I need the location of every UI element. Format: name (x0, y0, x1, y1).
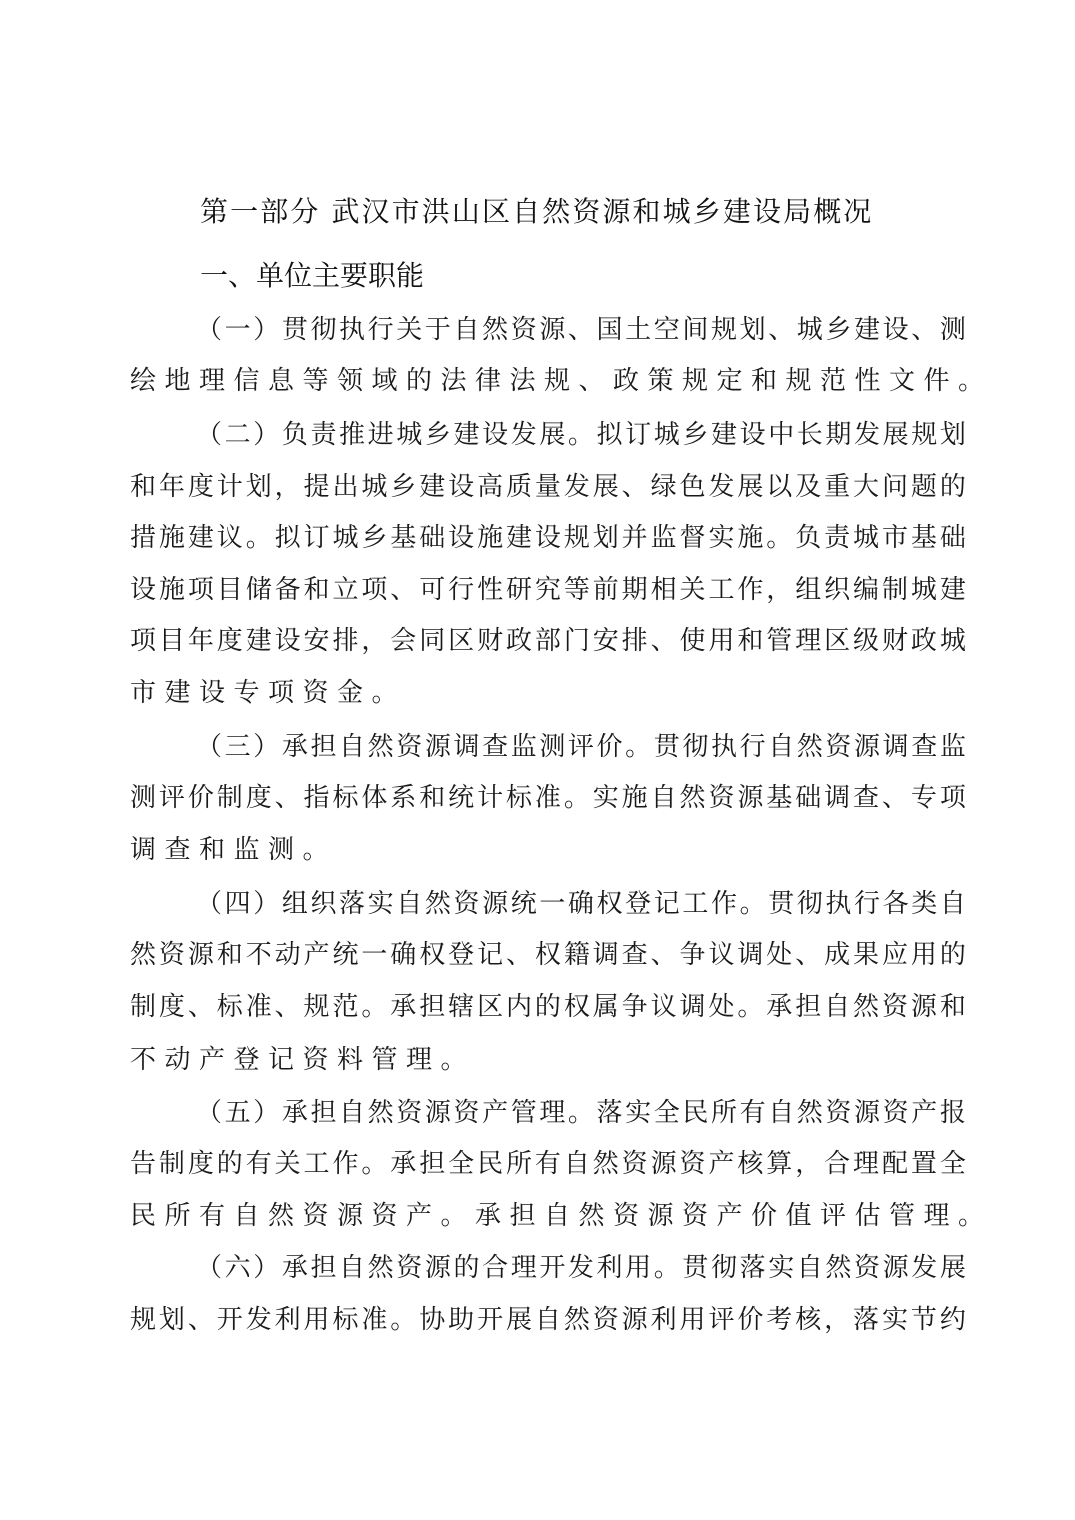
glyph: 自 (768, 727, 794, 767)
document-page: 第一部分 武汉市洪山区自然资源和城乡建设局概况 一、单位主要职能 （一）贯彻执行… (0, 0, 1075, 1520)
glyph: 设 (448, 467, 474, 507)
glyph: 资 (883, 1093, 909, 1133)
glyph: 城 (663, 190, 692, 234)
glyph: 产 (911, 1093, 937, 1133)
glyph: 自 (768, 1093, 794, 1133)
glyph: ） (253, 415, 279, 455)
glyph: 、 (390, 570, 416, 610)
glyph: ， (824, 1300, 850, 1340)
glyph: 础 (419, 518, 445, 558)
glyph: 测 (940, 310, 966, 350)
glyph: 作 (332, 1144, 358, 1184)
glyph: 提 (304, 467, 330, 507)
glyph: 查 (853, 778, 879, 818)
glyph: 标 (506, 778, 532, 818)
glyph: 应 (882, 935, 908, 975)
glyph: 的 (535, 987, 561, 1027)
glyph: 源 (425, 1248, 451, 1288)
glyph: 展 (883, 415, 909, 455)
glyph: 和 (737, 621, 763, 661)
glyph: 推 (339, 415, 365, 455)
glyph: 组 (795, 570, 821, 610)
glyph: 处 (766, 935, 792, 975)
glyph: （ (196, 1093, 222, 1133)
glyph: 组 (282, 884, 308, 924)
glyph: 级 (853, 621, 879, 661)
glyph: 度 (217, 621, 243, 661)
glyph: 源 (425, 1093, 451, 1133)
glyph: 算 (766, 1144, 792, 1184)
glyph: 执 (825, 884, 851, 924)
glyph: 资 (825, 727, 851, 767)
glyph: 权 (597, 884, 623, 924)
glyph: 指 (304, 778, 330, 818)
glyph: 。 (246, 518, 272, 558)
glyph: 划 (740, 310, 766, 350)
glyph: ， (795, 1144, 821, 1184)
glyph: 动 (275, 935, 301, 975)
glyph: 财 (477, 621, 503, 661)
glyph: 开 (539, 1248, 565, 1288)
glyph: 工 (708, 570, 734, 610)
glyph: 民 (477, 1144, 503, 1184)
glyph: 展 (506, 1300, 532, 1340)
glyph: 类 (911, 884, 937, 924)
glyph: 资 (453, 1093, 479, 1133)
paragraph-5-line-3: 民所有自然资源资产。承担自然资源资产价值评估管理。 (130, 1196, 966, 1236)
glyph: 行 (740, 727, 766, 767)
glyph: 辖 (448, 987, 474, 1027)
glyph: 、 (275, 987, 301, 1027)
glyph: 彻 (682, 727, 708, 767)
glyph: 三 (225, 727, 251, 767)
glyph: 基 (766, 778, 792, 818)
glyph: 拟 (597, 415, 623, 455)
glyph: 。 (390, 1300, 416, 1340)
glyph: ） (253, 884, 279, 924)
glyph: 理 (539, 1093, 565, 1133)
glyph: 配 (882, 1144, 908, 1184)
glyph: 一 (230, 190, 259, 234)
glyph: 开 (217, 1300, 243, 1340)
glyph: 系 (390, 778, 416, 818)
glyph: 然 (542, 190, 571, 234)
glyph: 。 (740, 884, 766, 924)
glyph: 内 (506, 987, 532, 1027)
glyph: 自 (339, 727, 365, 767)
glyph: 、 (622, 467, 648, 507)
glyph: 分 (290, 190, 319, 234)
paragraph-6-line-1: （六）承担自然资源的合理开发利用。贯彻落实自然资源发展 (196, 1248, 966, 1288)
glyph: 自 (940, 884, 966, 924)
glyph: 报 (940, 1093, 966, 1133)
glyph: 专 (911, 778, 937, 818)
paragraph-2-line-6: 市建设专项资金。 (130, 673, 966, 713)
glyph: 订 (304, 518, 330, 558)
glyph: 作 (711, 884, 737, 924)
glyph: 一 (225, 310, 251, 350)
glyph: 资 (453, 884, 479, 924)
glyph: 查 (622, 935, 648, 975)
glyph: 评 (708, 1300, 734, 1340)
glyph: 城 (332, 518, 358, 558)
glyph: 的 (940, 467, 966, 507)
glyph: 调 (824, 778, 850, 818)
glyph: ， (275, 467, 301, 507)
glyph: 质 (506, 467, 532, 507)
glyph: 门 (564, 621, 590, 661)
glyph: 督 (680, 518, 706, 558)
glyph: 实 (708, 518, 734, 558)
glyph: 自 (824, 987, 850, 1027)
glyph: 进 (368, 415, 394, 455)
glyph: 、 (188, 1300, 214, 1340)
glyph: 关 (680, 570, 706, 610)
glyph: 规 (130, 1300, 156, 1340)
glyph: 然 (853, 987, 879, 1027)
glyph: 制 (130, 987, 156, 1027)
glyph: 展 (737, 467, 763, 507)
glyph: 属 (593, 987, 619, 1027)
glyph: 调 (680, 987, 706, 1027)
glyph: 及 (795, 467, 821, 507)
glyph: 准 (535, 778, 561, 818)
glyph: 自 (564, 1144, 590, 1184)
glyph: 价 (188, 778, 214, 818)
glyph: 产 (482, 1093, 508, 1133)
glyph: 议 (651, 987, 677, 1027)
glyph: 自 (797, 1248, 823, 1288)
glyph: 高 (477, 467, 503, 507)
glyph: 规 (711, 310, 737, 350)
glyph: 自 (453, 310, 479, 350)
glyph: （ (196, 310, 222, 350)
glyph: 年 (159, 467, 185, 507)
glyph: 排 (332, 621, 358, 661)
glyph: 订 (625, 415, 651, 455)
glyph: 担 (419, 1144, 445, 1184)
glyph: 然 (593, 1144, 619, 1184)
glyph: 建 (419, 467, 445, 507)
glyph: 计 (477, 778, 503, 818)
glyph: 资 (396, 1248, 422, 1288)
glyph: 查 (911, 727, 937, 767)
glyph: 施 (159, 518, 185, 558)
glyph: 资 (396, 727, 422, 767)
glyph: 利 (597, 1248, 623, 1288)
paragraph-4-line-3: 制度、标准、规范。承担辖区内的权属争议调处。承担自然资源和 (130, 987, 966, 1027)
glyph: 实 (768, 1248, 794, 1288)
glyph: 然 (680, 778, 706, 818)
glyph: 区 (482, 190, 511, 234)
glyph: 项 (361, 570, 387, 610)
glyph: 绿 (651, 467, 677, 507)
glyph: 制 (882, 570, 908, 610)
glyph: 资 (593, 1300, 619, 1340)
glyph: 大 (853, 467, 879, 507)
glyph: 籍 (564, 935, 590, 975)
glyph: 设 (275, 621, 301, 661)
glyph: 规 (304, 987, 330, 1027)
glyph: 乡 (825, 310, 851, 350)
glyph: 利 (275, 1300, 301, 1340)
glyph: 制 (159, 1144, 185, 1184)
glyph: 用 (304, 1300, 330, 1340)
glyph: 排 (622, 621, 648, 661)
glyph: 评 (568, 727, 594, 767)
glyph: 源 (622, 1300, 648, 1340)
glyph: 区 (824, 621, 850, 661)
glyph: 究 (535, 570, 561, 610)
glyph: 政 (506, 621, 532, 661)
glyph: 部 (535, 621, 561, 661)
glyph: 关 (396, 310, 422, 350)
glyph: 六 (225, 1248, 251, 1288)
glyph: 中 (768, 415, 794, 455)
glyph: 、 (651, 621, 677, 661)
glyph: 担 (419, 987, 445, 1027)
glyph: 制 (217, 778, 243, 818)
glyph: 建 (723, 190, 752, 234)
glyph: 作 (737, 570, 763, 610)
glyph: 管 (511, 1093, 537, 1133)
glyph: 。 (564, 778, 590, 818)
glyph: 然 (482, 310, 508, 350)
glyph: 建 (506, 518, 532, 558)
glyph: 资 (882, 987, 908, 1027)
glyph: 财 (882, 621, 908, 661)
glyph: 置 (911, 1144, 937, 1184)
glyph: 资 (572, 190, 601, 234)
glyph: 建 (711, 415, 737, 455)
glyph: 资 (159, 935, 185, 975)
paragraph-3-line-2: 测评价制度、指标体系和统计标准。实施自然资源基础调查、专项 (130, 778, 966, 818)
glyph: 乡 (425, 415, 451, 455)
glyph: 况 (843, 190, 872, 234)
glyph: 。 (361, 987, 387, 1027)
glyph: 规 (564, 518, 590, 558)
glyph: 安 (593, 621, 619, 661)
glyph: 乡 (390, 467, 416, 507)
glyph: 同 (419, 621, 445, 661)
glyph: 执 (711, 727, 737, 767)
glyph: 然 (130, 935, 156, 975)
glyph: 基 (911, 518, 937, 558)
glyph: 实 (882, 1300, 908, 1340)
glyph: 标 (217, 987, 243, 1027)
glyph: 处 (708, 987, 734, 1027)
glyph: 源 (854, 1093, 880, 1133)
glyph: 监 (511, 727, 537, 767)
glyph: ） (253, 1093, 279, 1133)
glyph: 价 (737, 1300, 763, 1340)
glyph: 承 (766, 987, 792, 1027)
glyph: 项 (130, 621, 156, 661)
glyph: 贯 (768, 884, 794, 924)
glyph: 施 (477, 518, 503, 558)
glyph: 产 (708, 1144, 734, 1184)
glyph: 间 (682, 310, 708, 350)
glyph: 研 (506, 570, 532, 610)
paragraph-5-line-2: 告制度的有关工作。承担全民所有自然资源资产核算，合理配置全 (130, 1144, 966, 1184)
glyph: 的 (217, 1144, 243, 1184)
glyph: 关 (275, 1144, 301, 1184)
glyph: 度 (246, 778, 272, 818)
glyph: 源 (651, 1144, 677, 1184)
glyph: （ (196, 1248, 222, 1288)
glyph: 织 (824, 570, 850, 610)
glyph: 城 (911, 570, 937, 610)
page-title: 第一部分 武汉市洪山区自然资源和城乡建设局概况 (200, 190, 872, 234)
glyph: ） (253, 1248, 279, 1288)
glyph: 展 (593, 467, 619, 507)
paragraph-1-line-1: （一）贯彻执行关于自然资源、国土空间规划、城乡建设、测 (196, 310, 966, 350)
glyph: 量 (535, 467, 561, 507)
glyph: 实 (368, 884, 394, 924)
glyph: 核 (795, 1300, 821, 1340)
glyph: 争 (680, 935, 706, 975)
glyph: 测 (539, 727, 565, 767)
glyph: 贯 (282, 310, 308, 350)
glyph: 问 (882, 467, 908, 507)
glyph: 合 (824, 1144, 850, 1184)
glyph: 武 (331, 190, 360, 234)
glyph: 以 (766, 467, 792, 507)
glyph: 划 (940, 415, 966, 455)
glyph: 监 (940, 727, 966, 767)
glyph: 。 (568, 415, 594, 455)
glyph: 织 (310, 884, 336, 924)
glyph: 自 (512, 190, 541, 234)
glyph: 调 (593, 935, 619, 975)
glyph: 议 (708, 935, 734, 975)
paragraph-1-line-2: 绘地理信息等领域的法律法规、政策规定和规范性文件。 (130, 361, 966, 401)
glyph: 担 (310, 727, 336, 767)
glyph: 会 (390, 621, 416, 661)
glyph: 划 (159, 1300, 185, 1340)
glyph: 行 (854, 884, 880, 924)
glyph: 、 (911, 310, 937, 350)
glyph: 源 (539, 310, 565, 350)
glyph: 施 (737, 518, 763, 558)
glyph: 实 (593, 778, 619, 818)
glyph: 设 (740, 415, 766, 455)
glyph: 资 (708, 778, 734, 818)
glyph: 性 (477, 570, 503, 610)
glyph: 所 (711, 1093, 737, 1133)
glyph: 协 (419, 1300, 445, 1340)
paragraph-2-line-4: 设施项目储备和立项、可行性研究等前期相关工作，组织编制城建 (130, 570, 966, 610)
glyph: 贯 (682, 1248, 708, 1288)
glyph: 然 (564, 1300, 590, 1340)
glyph: 和 (130, 467, 156, 507)
glyph: 全 (448, 1144, 474, 1184)
glyph: 汉 (362, 190, 391, 234)
glyph: 开 (477, 1300, 503, 1340)
paragraph-4-line-2: 然资源和不动产统一确权登记、权籍调查、争议调处、成果应用的 (130, 935, 966, 975)
glyph: 划 (246, 467, 272, 507)
glyph: 落 (339, 884, 365, 924)
glyph: 。 (737, 987, 763, 1027)
glyph: 、 (568, 310, 594, 350)
glyph: 行 (448, 570, 474, 610)
glyph: 乡 (682, 415, 708, 455)
glyph: 查 (482, 727, 508, 767)
glyph: 建 (246, 621, 272, 661)
glyph: 核 (737, 1144, 763, 1184)
glyph: 期 (825, 415, 851, 455)
glyph: 立 (332, 570, 358, 610)
glyph: 。 (625, 727, 651, 767)
glyph: 权 (535, 935, 561, 975)
glyph: 不 (246, 935, 272, 975)
glyph: 。 (654, 1248, 680, 1288)
glyph: ， (361, 621, 387, 661)
glyph: 、 (768, 310, 794, 350)
glyph: 自 (339, 1248, 365, 1288)
glyph: 理 (795, 621, 821, 661)
glyph: 局 (783, 190, 812, 234)
glyph: 然 (368, 1093, 394, 1133)
glyph: 有 (740, 1093, 766, 1133)
glyph: 用 (680, 1300, 706, 1340)
glyph: 发 (708, 467, 734, 507)
glyph: 负 (282, 415, 308, 455)
glyph: 范 (332, 987, 358, 1027)
glyph: 和 (633, 190, 662, 234)
glyph: 规 (911, 415, 937, 455)
glyph: 政 (911, 621, 937, 661)
glyph: 源 (188, 935, 214, 975)
glyph: 发 (564, 467, 590, 507)
glyph: 源 (911, 987, 937, 1027)
glyph: 测 (130, 778, 156, 818)
glyph: 担 (310, 1093, 336, 1133)
glyph: 承 (390, 987, 416, 1027)
paragraph-4-line-4: 不动产登记资料管理。 (130, 1040, 966, 1080)
glyph: 城 (797, 310, 823, 350)
glyph: 考 (766, 1300, 792, 1340)
glyph: 所 (506, 1144, 532, 1184)
glyph: 等 (564, 570, 590, 610)
glyph: 贯 (654, 727, 680, 767)
glyph: 设 (448, 518, 474, 558)
section-heading: 一、单位主要职能 (200, 254, 424, 298)
glyph: 设 (130, 570, 156, 610)
glyph: 前 (593, 570, 619, 610)
glyph: 用 (911, 935, 937, 975)
glyph: 、 (188, 987, 214, 1027)
glyph: 统 (511, 884, 537, 924)
glyph: 空 (654, 310, 680, 350)
glyph: 成 (824, 935, 850, 975)
glyph: 洪 (422, 190, 451, 234)
glyph: 彻 (310, 310, 336, 350)
glyph: 础 (940, 518, 966, 558)
glyph: 概 (813, 190, 842, 234)
glyph: 安 (304, 621, 330, 661)
glyph: 可 (419, 570, 445, 610)
glyph: 承 (390, 1144, 416, 1184)
glyph: 国 (597, 310, 623, 350)
paragraph-5-line-1: （五）承担自然资源资产管理。落实全民所有自然资源资产报 (196, 1093, 966, 1133)
glyph: 然 (368, 727, 394, 767)
glyph: 负 (795, 518, 821, 558)
glyph: 自 (651, 778, 677, 818)
glyph: 议 (217, 518, 243, 558)
glyph: 四 (225, 884, 251, 924)
glyph: 市 (882, 518, 908, 558)
